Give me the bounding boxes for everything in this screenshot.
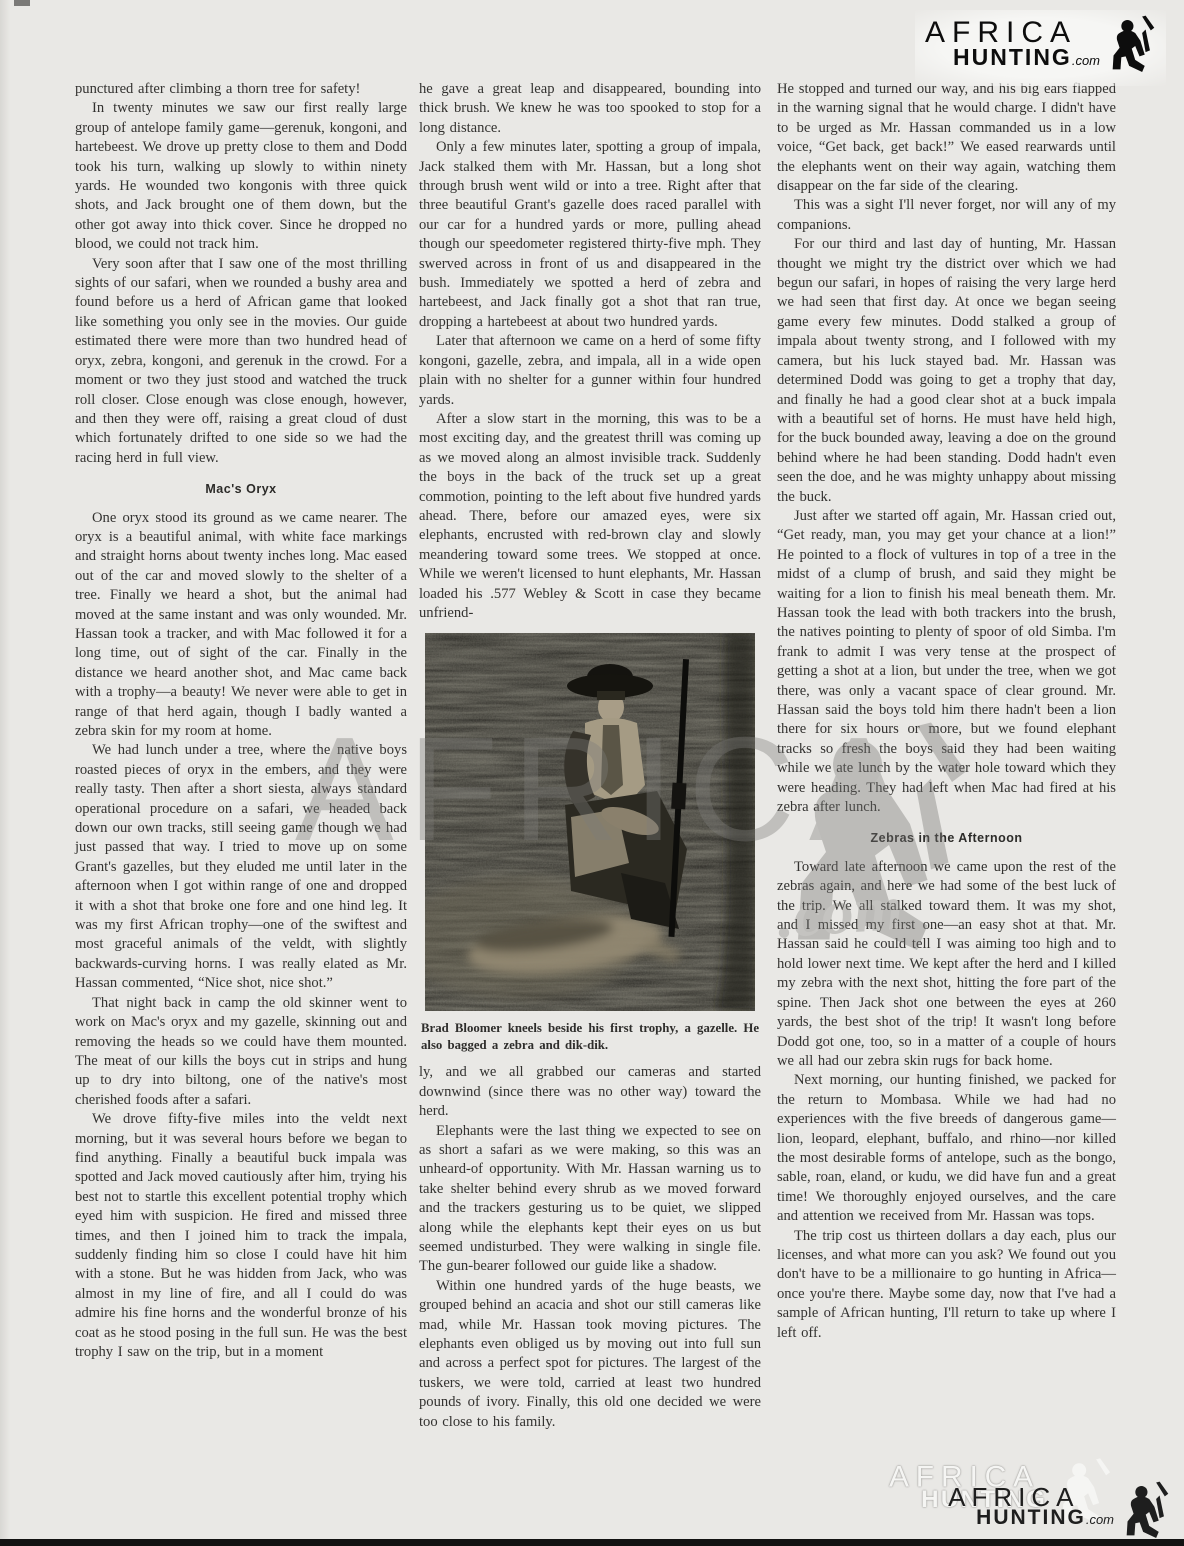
watermark-bottom-light: AFRICA HUNTING — [889, 1461, 1112, 1530]
paragraph: Elephants were the last thing we expecte… — [419, 1122, 761, 1277]
section-heading-zebras: Zebras in the Afternoon — [777, 829, 1116, 848]
logo-text: AFRICA HUNTING.com — [925, 18, 1100, 72]
watermark-bottom-dark: AFRICA HUNTING.com — [948, 1484, 1170, 1544]
paragraph: We had lunch under a tree, where the nat… — [75, 741, 407, 993]
paragraph: Within one hundred yards of the huge bea… — [419, 1277, 761, 1432]
column-middle: he gave a great leap and disappeared, bo… — [419, 80, 761, 1432]
paragraph: This was a sight I'll never forget, nor … — [777, 196, 1116, 235]
photo-brad-bloomer — [425, 633, 755, 1011]
paragraph: After a slow start in the morning, this … — [419, 410, 761, 623]
hunter-silhouette-icon — [1118, 1480, 1170, 1544]
paragraph: Very soon after that I saw one of the mo… — [75, 255, 407, 468]
hunter-silhouette-icon — [1104, 14, 1156, 78]
paragraph: ly, and we all grabbed our cameras and s… — [419, 1063, 761, 1121]
hunter-silhouette-icon — [1052, 1456, 1112, 1530]
paragraph: Next morning, our hunting finished, we p… — [777, 1071, 1116, 1226]
paragraph: He stopped and turned our way, and his b… — [777, 80, 1116, 196]
trophy-photo — [425, 633, 755, 1011]
paragraph: We drove fifty-five miles into the veldt… — [75, 1110, 407, 1362]
paragraph: The trip cost us thirteen dollars a day … — [777, 1227, 1116, 1343]
photo-caption: Brad Bloomer kneels beside his first tro… — [421, 1020, 759, 1053]
paragraph: Toward late afternoon we came upon the r… — [777, 858, 1116, 1071]
paragraph: he gave a great leap and disappeared, bo… — [419, 80, 761, 138]
logo-hunting: HUNTING — [921, 1489, 1047, 1512]
column-left: punctured after climbing a thorn tree fo… — [75, 80, 407, 1362]
logo-africa: AFRICA — [948, 1484, 1079, 1510]
logo-africa: AFRICA — [889, 1461, 1040, 1491]
paragraph: Later that afternoon we came on a herd o… — [419, 332, 761, 410]
magazine-page: AFRICA HUNTING.com punctured after climb… — [0, 0, 1184, 1546]
logo-hunting: HUNTING.com — [976, 1508, 1114, 1530]
paragraph: That night back in camp the old skinner … — [75, 994, 407, 1110]
page-bottom-rule — [0, 1539, 1184, 1546]
paragraph: One oryx stood its ground as we came nea… — [75, 509, 407, 742]
paragraph: Just after we started off again, Mr. Has… — [777, 507, 1116, 818]
scan-artifact — [14, 0, 30, 6]
paragraph: Only a few minutes later, spotting a gro… — [419, 138, 761, 332]
logo-hunting: HUNTING.com — [953, 46, 1100, 72]
paragraph: In twenty minutes we saw our first reall… — [75, 99, 407, 254]
logo-com: .com — [1086, 1512, 1114, 1527]
column-right: He stopped and turned our way, and his b… — [777, 80, 1116, 1343]
section-heading-macs-oryx: Mac's Oryx — [75, 480, 407, 499]
paragraph: punctured after climbing a thorn tree fo… — [75, 80, 407, 99]
paragraph: For our third and last day of hunting, M… — [777, 235, 1116, 507]
africahunting-logo: AFRICA HUNTING.com — [915, 10, 1166, 86]
logo-com: .com — [1072, 53, 1100, 68]
